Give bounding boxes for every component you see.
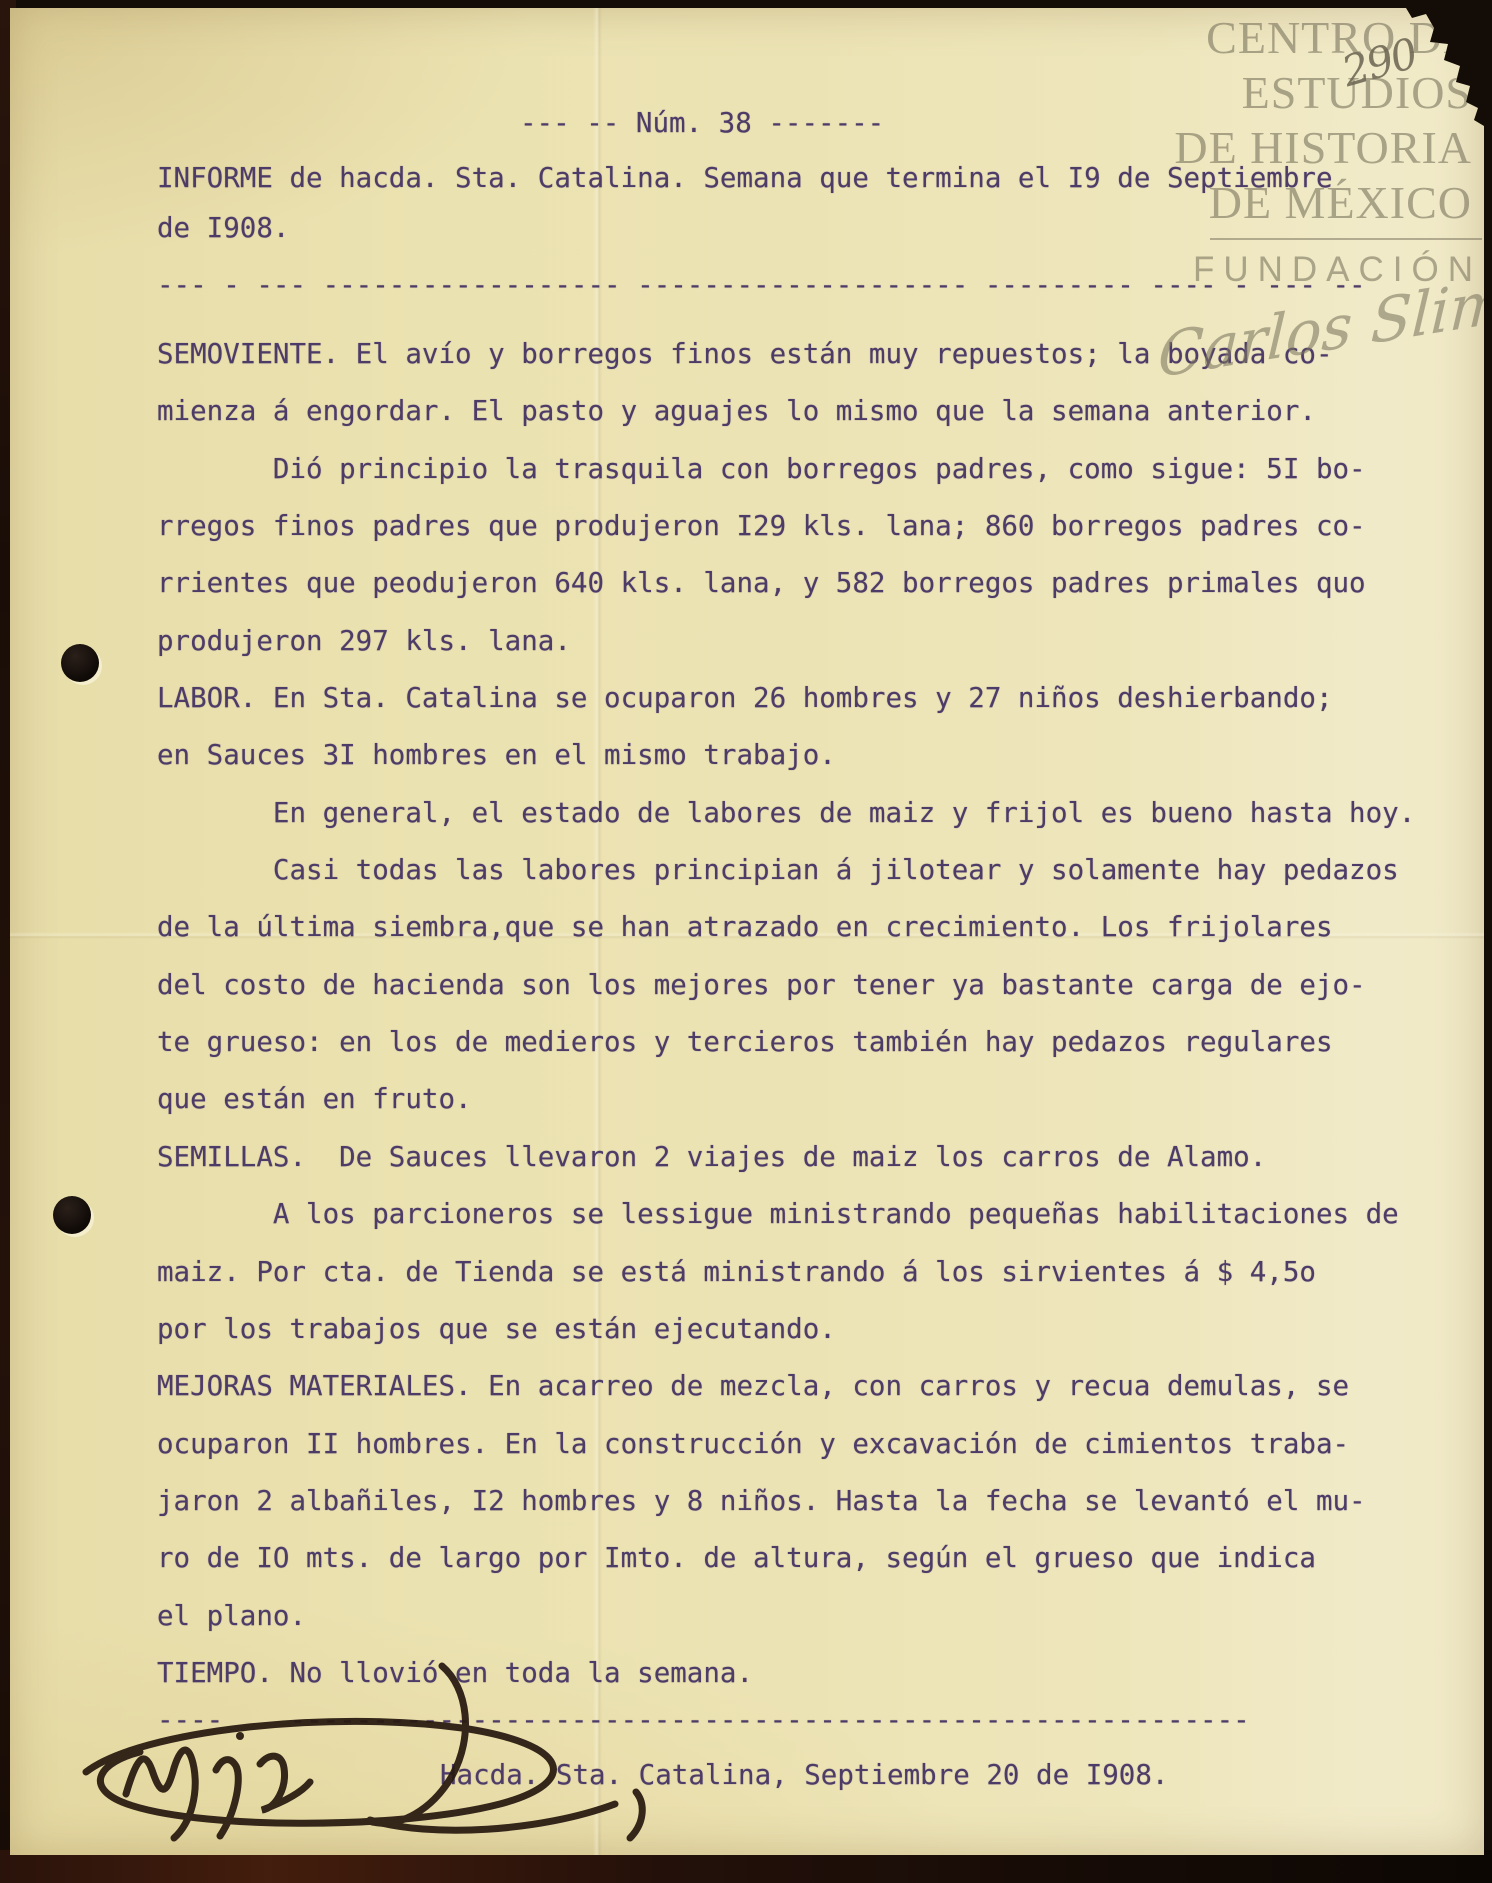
report-body-line: MEJORAS MATERIALES. En acarreo de mezcla… xyxy=(157,1358,1415,1415)
report-body-line: ocuparon II hombres. En la construcción … xyxy=(157,1416,1415,1473)
document-paper: --- -- Núm. 38 ------- INFORME de hacda.… xyxy=(10,8,1484,1855)
report-body-line: en Sauces 3I hombres en el mismo trabajo… xyxy=(157,727,1415,784)
pencil-page-number: 290 xyxy=(1337,29,1422,97)
report-body-line: por los trabajos que se están ejecutando… xyxy=(157,1301,1415,1358)
report-body-line: que están en fruto. xyxy=(157,1071,1415,1128)
report-body-line: maiz. Por cta. de Tienda se está ministr… xyxy=(157,1244,1415,1301)
report-body-line: En general, el estado de labores de maiz… xyxy=(157,785,1415,842)
report-body-line: el plano. xyxy=(157,1588,1415,1645)
report-body-line: te grueso: en los de medieros y terciero… xyxy=(157,1014,1415,1071)
report-title-line-1: INFORME de hacda. Sta. Catalina. Semana … xyxy=(157,162,1333,194)
report-body-line: rregos finos padres que produjeron I29 k… xyxy=(157,498,1415,555)
report-body-line: LABOR. En Sta. Catalina se ocuparon 26 h… xyxy=(157,670,1415,727)
report-body-line: produjeron 297 kls. lana. xyxy=(157,613,1415,670)
report-body-line: jaron 2 albañiles, I2 hombres y 8 niños.… xyxy=(157,1473,1415,1530)
hole-punch-bottom xyxy=(53,1196,91,1234)
report-body-line: SEMILLAS. De Sauces llevaron 2 viajes de… xyxy=(157,1129,1415,1186)
report-body-line: A los parcioneros se lessigue ministrand… xyxy=(157,1186,1415,1243)
divider-dashed-top: --- - --- ------------------ -----------… xyxy=(157,269,1366,301)
report-body-line: Dió principio la trasquila con borregos … xyxy=(157,441,1415,498)
report-body-line: rrientes que peodujeron 640 kls. lana, y… xyxy=(157,555,1415,612)
watermark-divider-rule xyxy=(1210,238,1482,240)
report-body-line: mienza á engordar. El pasto y aguajes lo… xyxy=(157,383,1415,440)
document-number-line: --- -- Núm. 38 ------- xyxy=(520,107,884,139)
report-body-line: de la última siembra,que se han atrazado… xyxy=(157,899,1415,956)
report-body-line: Casi todas las labores principian á jilo… xyxy=(157,842,1415,899)
hole-punch-top xyxy=(61,644,99,682)
report-body-line: ro de IO mts. de largo por Imto. de altu… xyxy=(157,1530,1415,1587)
handwritten-signature xyxy=(70,1652,670,1877)
archive-photo-background: --- -- Núm. 38 ------- INFORME de hacda.… xyxy=(0,0,1492,1883)
report-body: SEMOVIENTE. El avío y borregos finos est… xyxy=(157,326,1415,1702)
report-body-line: del costo de hacienda son los mejores po… xyxy=(157,957,1415,1014)
report-title-line-2: de I908. xyxy=(157,212,289,244)
